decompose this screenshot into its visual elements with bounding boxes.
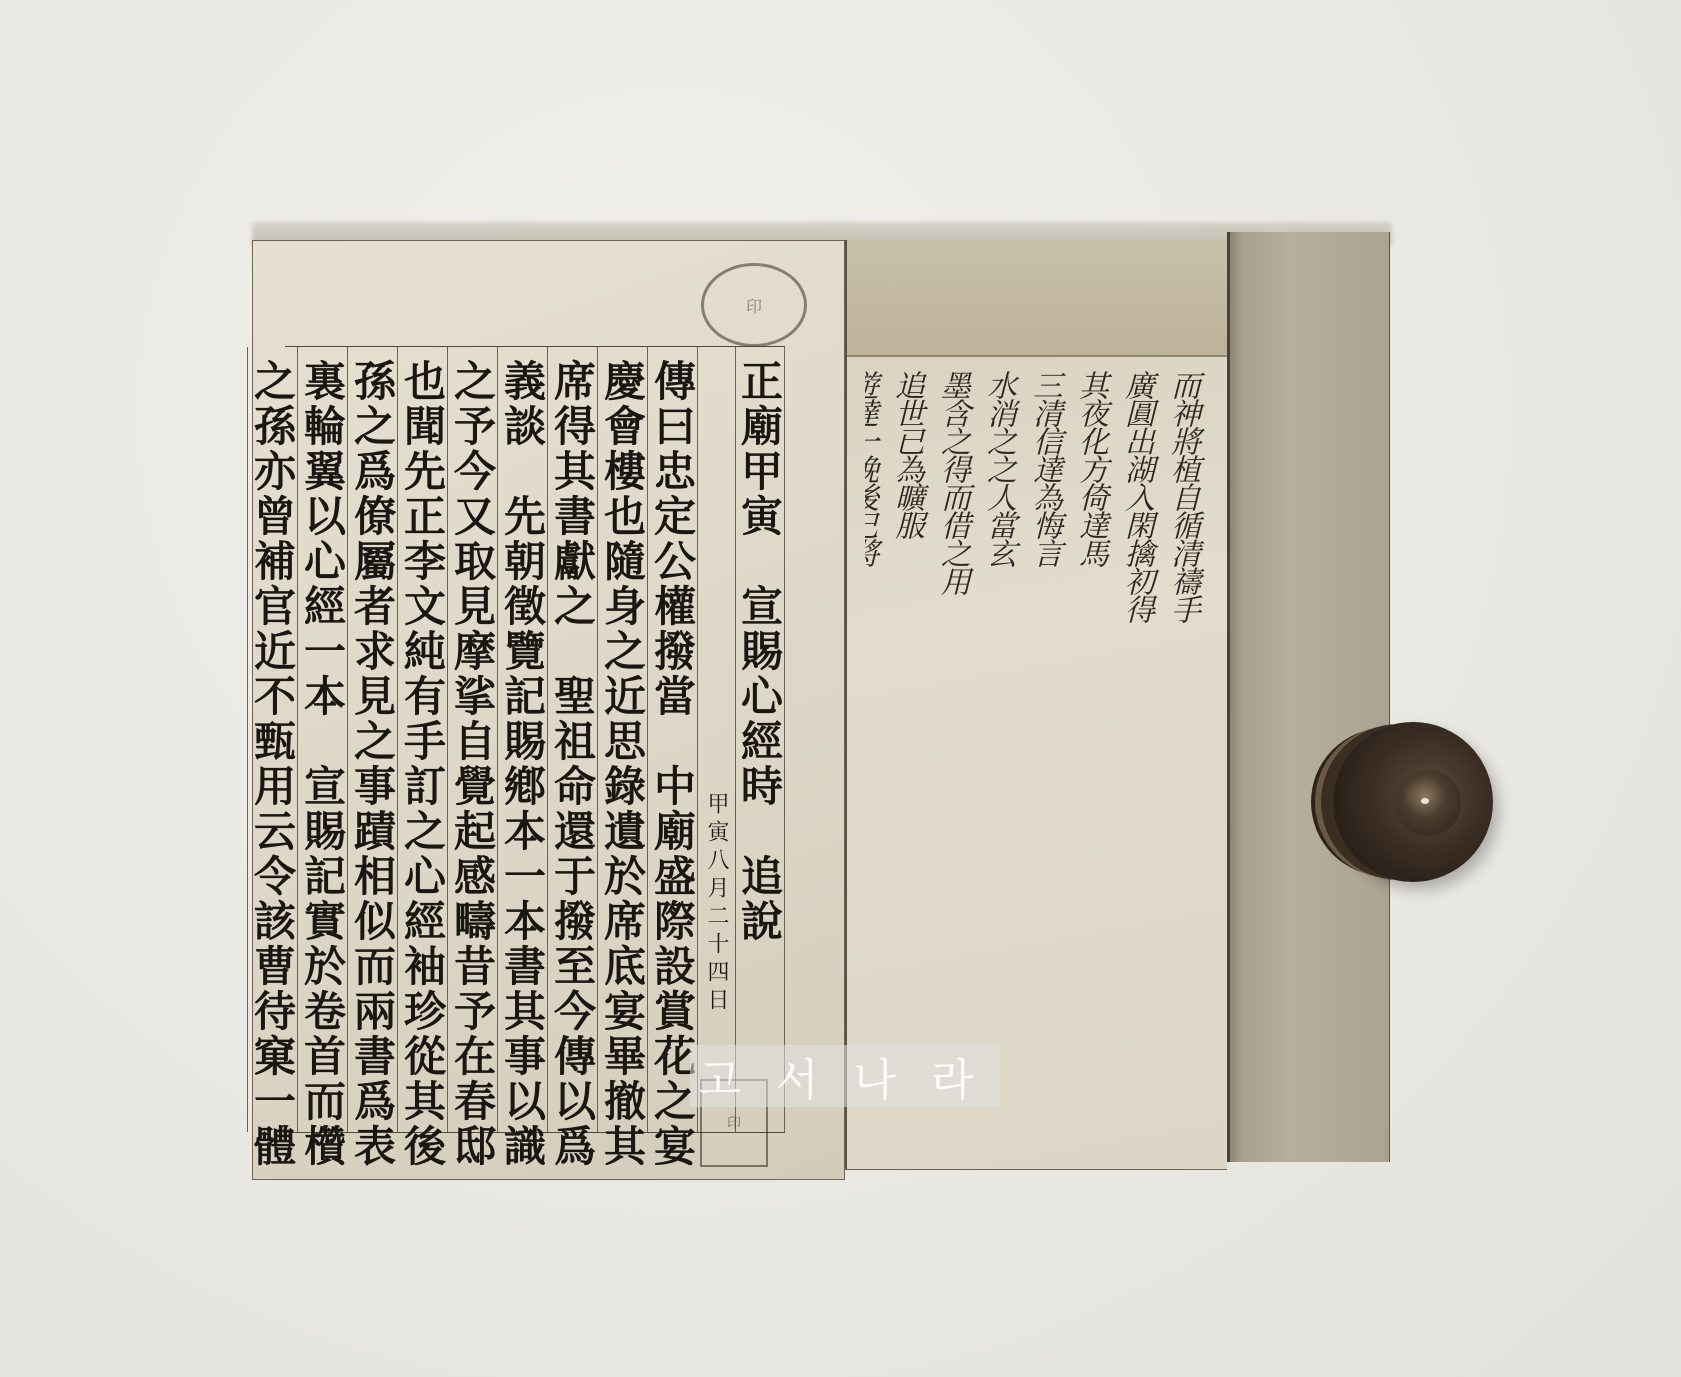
- text-column: 義談 先朝徵覽記賜鄕本一本書其事以識: [497, 347, 547, 1132]
- ownership-seal-stamp: 印: [701, 263, 807, 347]
- book-cover-strip: [1227, 232, 1390, 1162]
- watermark-char: 고: [698, 1044, 759, 1108]
- watermark-char: 나: [853, 1044, 914, 1108]
- text-column: 慶會樓也隨身之近思錄遺於席底宴畢撤其: [597, 347, 647, 1132]
- handwritten-column: 墨含之得而借之用: [935, 370, 970, 594]
- watermark-band: 고 서 나 라: [690, 1045, 1000, 1107]
- handwritten-column: 其夜化方倚達馬: [1073, 370, 1108, 566]
- right-page: 而神將植自循清禱手 廣圓出湖入閑擒初得 其夜化方倚達馬 三清信達為悔言 水消之之…: [845, 240, 1227, 1170]
- left-page: 印 正廟甲寅 宣賜心經時 追說 甲寅八月二十四日 傳曰忠定公權撥當 中廟盛際設賞…: [252, 240, 845, 1180]
- handwritten-column: 廣圓出湖入閑擒初得: [1119, 370, 1154, 622]
- text-column: 傳曰忠定公權撥當 中廟盛際設賞花之宴: [647, 347, 697, 1132]
- text-column-title: 正廟甲寅 宣賜心經時 追說: [735, 347, 785, 1132]
- handwritten-column: 水消之之人當玄: [981, 370, 1016, 566]
- text-column: 之予今又取見摩挲自覺起感疇昔予在春邸: [447, 347, 497, 1132]
- text-columns: 正廟甲寅 宣賜心經時 追說 甲寅八月二十四日 傳曰忠定公權撥當 中廟盛際設賞花之…: [285, 347, 785, 1132]
- text-column-date: 甲寅八月二十四日: [697, 347, 735, 1132]
- watermark-char: 서: [776, 1044, 837, 1108]
- torn-paper-patch: [847, 240, 1227, 357]
- watermark-char: 라: [931, 1044, 992, 1108]
- text-column: 裏輪翼以心經一本 宣賜記實於卷首而欑: [297, 347, 347, 1132]
- ruled-text-frame: 正廟甲寅 宣賜心經時 追說 甲寅八月二十四日 傳曰忠定公權撥當 中廟盛際設賞花之…: [285, 346, 785, 1133]
- paperweight-knob: [1395, 770, 1461, 836]
- handwritten-text: 而神將植自循清禱手 廣圓出湖入閑擒初得 其夜化方倚達馬 三清信達為悔言 水消之之…: [865, 370, 1205, 1150]
- text-column: 席得其書獻之 聖祖命還于撥至今傳以爲: [547, 347, 597, 1132]
- handwritten-column: 遊達一晚後已將: [865, 370, 878, 566]
- text-column: 孫之爲僚屬者求見之事蹟相似而兩書爲表: [347, 347, 397, 1132]
- handwritten-column: 三清信達為悔言: [1027, 370, 1062, 566]
- handwritten-column: 而神將植自循清禱手: [1165, 370, 1200, 622]
- text-column: 之孫亦曾補官近不甄用云令該曹待窠一體: [247, 347, 297, 1132]
- brass-paperweight: [1333, 722, 1493, 882]
- text-column: 也聞先正李文純有手訂之心經袖珍從其後: [397, 347, 447, 1132]
- handwritten-column: 追世已為曠服: [889, 370, 924, 538]
